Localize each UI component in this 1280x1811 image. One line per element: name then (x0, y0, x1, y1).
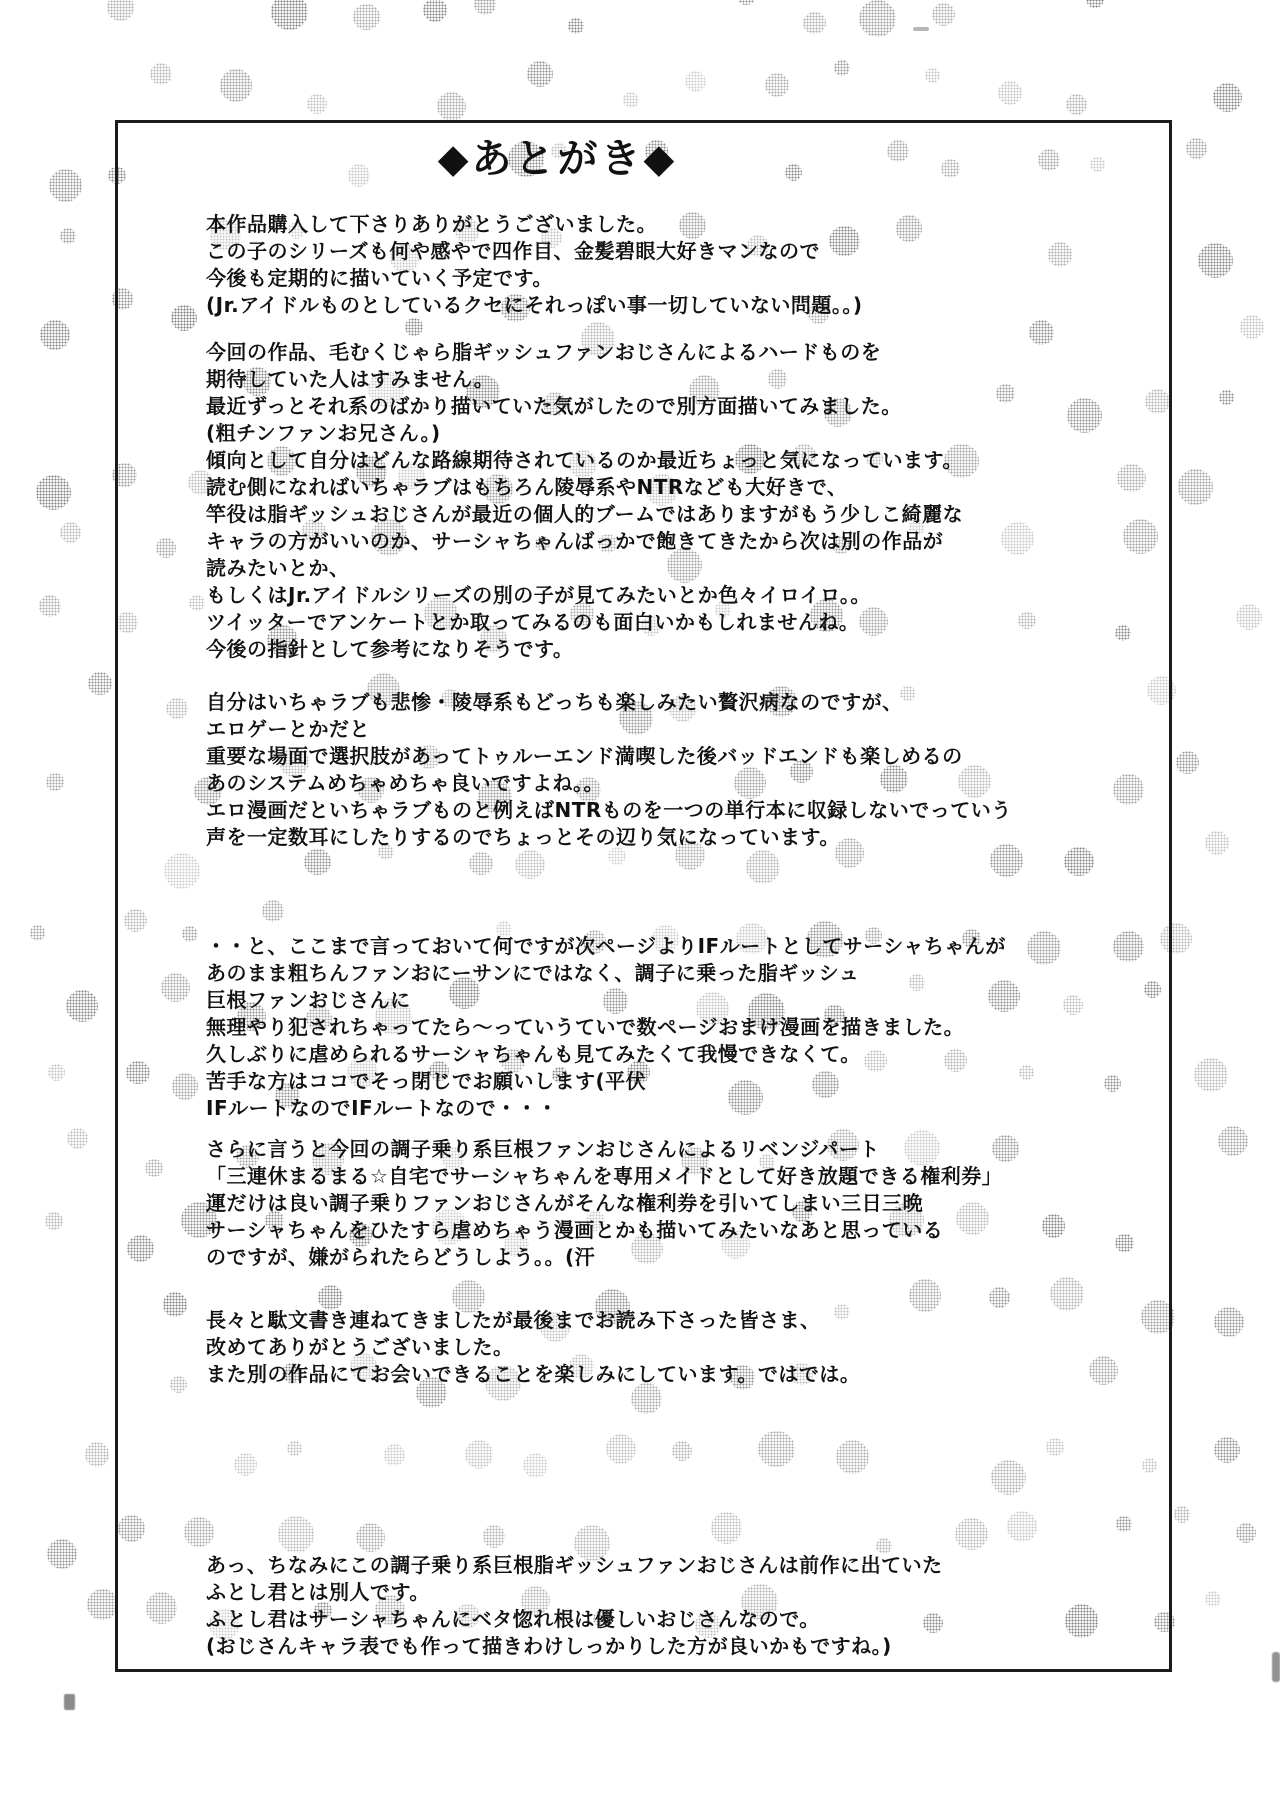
scanned-afterword-page: ◆あとがき◆ 本作品購入して下さりありがとうございました。 この子のシリーズも何… (0, 0, 1280, 1811)
halftone-dot (1198, 243, 1233, 278)
halftone-dot (307, 94, 327, 114)
halftone-dot (47, 1539, 78, 1570)
halftone-dot (1186, 138, 1207, 159)
halftone-dot (859, 0, 896, 37)
halftone-dot (353, 4, 380, 31)
halftone-dot (1214, 1307, 1244, 1337)
paragraph-postscript: あっ、ちなみにこの調子乗り系巨根脂ギッシュファンおじさんは前作に出ていた ふとし… (206, 1552, 1149, 1660)
halftone-dot (1236, 1523, 1256, 1543)
halftone-dot (67, 1128, 88, 1149)
halftone-dot (1219, 390, 1234, 405)
halftone-dot (46, 773, 64, 791)
halftone-dot (834, 60, 850, 76)
halftone-dot (568, 18, 584, 34)
paragraph-closing: 長々と駄文書き連ねてきましたが最後までお読み下さった皆さま、 改めてありがとうご… (206, 1307, 1149, 1388)
halftone-dot (271, 0, 308, 30)
halftone-dot (85, 1442, 110, 1467)
halftone-dot (49, 169, 82, 202)
halftone-dot (423, 0, 447, 22)
halftone-dot (474, 0, 496, 15)
halftone-dot (1205, 831, 1229, 855)
halftone-dot (527, 61, 553, 87)
halftone-dot (48, 1064, 66, 1082)
halftone-dot (87, 1589, 118, 1620)
halftone-dot (1086, 0, 1104, 8)
scan-artifact (913, 27, 929, 31)
halftone-dot (30, 925, 45, 940)
halftone-dot (925, 68, 940, 83)
paragraph-current-work: 今回の作品、毛むくじゃら脂ギッシュファンおじさんによるハードものを 期待していた… (206, 339, 1149, 663)
halftone-dot (1218, 1126, 1248, 1156)
halftone-dot (998, 81, 1022, 105)
paragraph-revenge-part: さらに言うと今回の調子乗り系巨根ファンおじさんによるリベンジパート 「三連休まる… (206, 1136, 1149, 1271)
halftone-dot (736, 0, 756, 5)
halftone-dot (803, 12, 826, 35)
paragraph-intro: 本作品購入して下さりありがとうございました。 この子のシリーズも何や感やで四作目… (206, 211, 1149, 319)
page-border-frame: ◆あとがき◆ 本作品購入して下さりありがとうございました。 この子のシリーズも何… (115, 120, 1172, 1672)
scan-artifact (1272, 1652, 1280, 1682)
halftone-dot (932, 3, 955, 26)
halftone-dot (39, 595, 61, 617)
halftone-dot (765, 73, 789, 97)
paragraph-preference: 自分はいちゃラブも悲惨・陵辱系もどっちも楽しみたい贅沢病なのですが、 エロゲーと… (206, 689, 1149, 851)
halftone-dot (1176, 751, 1199, 774)
halftone-dot (1205, 1591, 1221, 1607)
halftone-dot (107, 0, 134, 21)
halftone-dot (685, 71, 707, 93)
halftone-dot (45, 1212, 63, 1230)
halftone-dot (437, 92, 466, 121)
halftone-dot (1213, 83, 1242, 112)
halftone-dot (36, 475, 71, 510)
halftone-dot (60, 522, 82, 544)
halftone-dot (40, 320, 70, 350)
halftone-dot (1066, 94, 1088, 116)
halftone-dot (66, 990, 98, 1022)
halftone-dot (1178, 469, 1214, 505)
halftone-dot (1236, 604, 1263, 631)
scan-artifact (64, 1694, 75, 1710)
halftone-dot (150, 63, 172, 85)
halftone-dot (88, 672, 111, 695)
halftone-dot (220, 69, 253, 102)
halftone-dot (1240, 315, 1265, 340)
halftone-dot (623, 92, 640, 109)
halftone-dot (60, 228, 76, 244)
halftone-dot (1174, 1506, 1191, 1523)
afterword-title: ◆あとがき◆ (86, 133, 1029, 185)
paragraph-if-route: ・・と、ここまで言っておいて何ですが次ページよりIFルートとしてサーシャちゃんが… (206, 933, 1149, 1122)
halftone-dot (1214, 1437, 1240, 1463)
halftone-dot (1194, 1058, 1228, 1092)
